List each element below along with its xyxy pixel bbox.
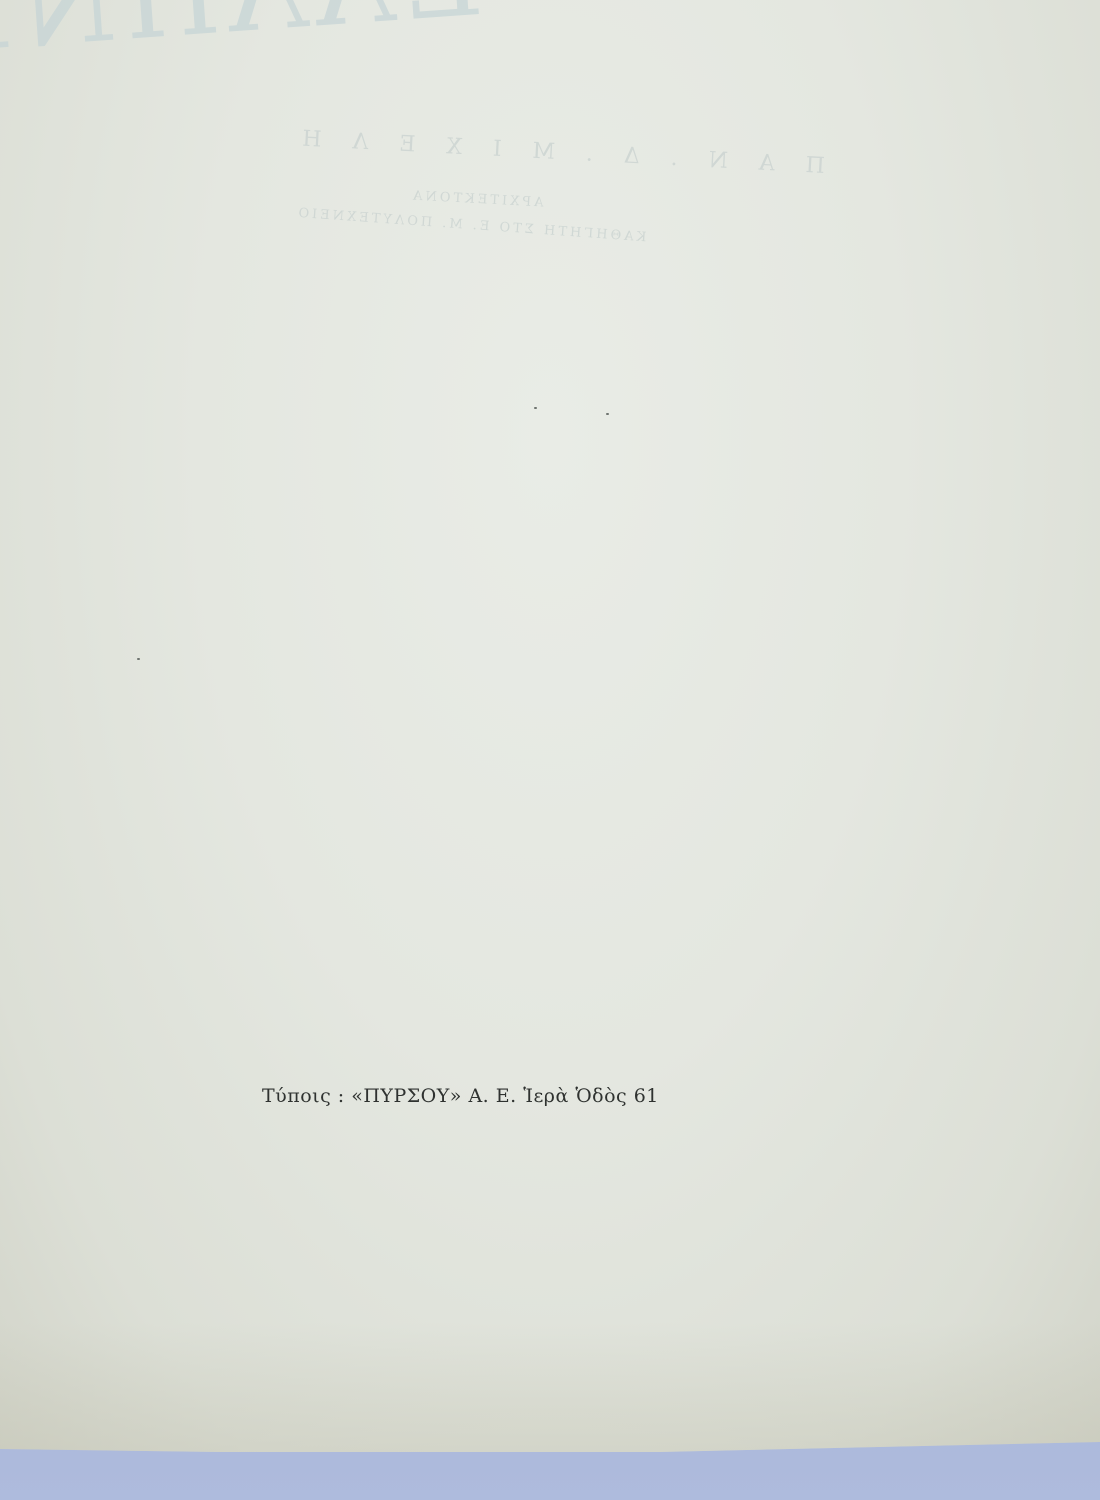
paper-speck [137,658,140,660]
show-through-title: ΕΛΛΗΝΙ [0,0,487,76]
show-through-author: Π Α Ν . Δ . Μ Ι Χ Ε Λ Η [290,126,826,179]
printer-imprint: Τύποις : «ΠΥΡΣΟΥ» Α. Ε. Ἱερὰ Ὁδὸς 61 [262,1085,659,1107]
photo-scene: ΕΛΛΗΝΙ Π Α Ν . Δ . Μ Ι Χ Ε Λ Η ΑΡΧΙΤΕΚΤΟ… [0,0,1100,1500]
paper-speck [606,413,609,415]
paper-speck [534,407,537,409]
show-through-affiliation: ΚΑΘΗΓΗΤΗ ΣΤΟ Ε. Μ. ΠΟΛΥΤΕΧΝΕΙΟ [295,206,647,245]
book-page: ΕΛΛΗΝΙ Π Α Ν . Δ . Μ Ι Χ Ε Λ Η ΑΡΧΙΤΕΚΤΟ… [0,0,1100,1452]
show-through-role: ΑΡΧΙΤΕΚΤΟΝΑ [410,189,544,211]
